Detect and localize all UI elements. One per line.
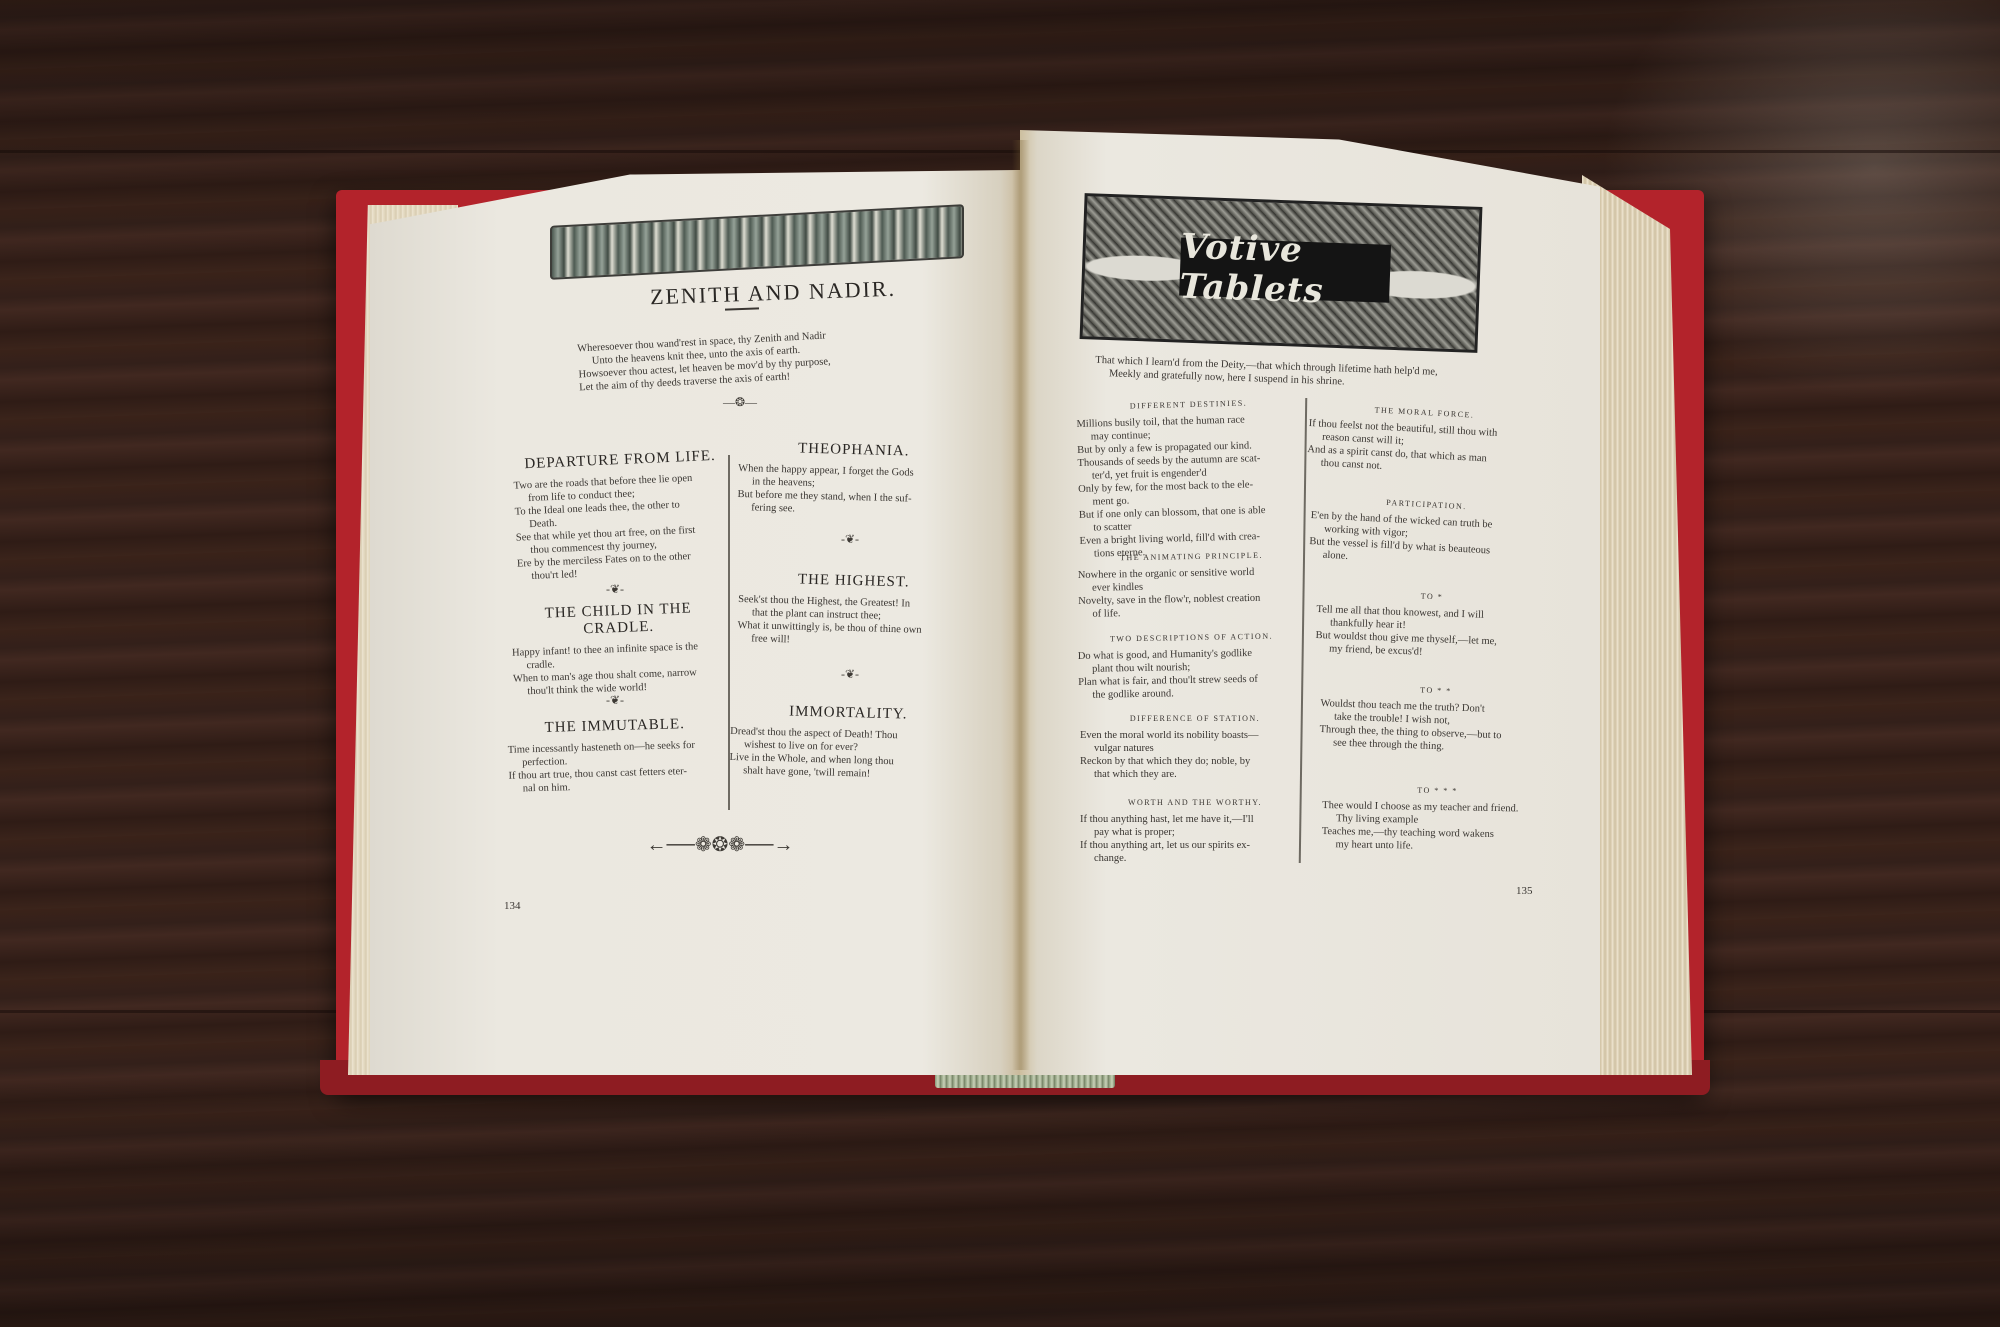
- poem-theophania: THEOPHANIA. When the happy appear, I for…: [737, 439, 969, 520]
- stanza-line: that which they are.: [1080, 768, 1310, 781]
- poem-child-in-cradle: THE CHILD IN THE CRADLE. Happy infant! t…: [510, 599, 728, 698]
- poem-to-three-stars: TO * * * Thee would I choose as my teach…: [1321, 784, 1552, 855]
- poem-worth-and-worthy: WORTH AND THE WORTHY. If thou anything h…: [1080, 798, 1310, 865]
- poem-different-destinies: DIFFERENT DESTINIES. Millions busily toi…: [1076, 397, 1305, 561]
- page-number-left: 134: [504, 900, 521, 912]
- poem-two-descriptions: TWO DESCRIPTIONS OF ACTION. Do what is g…: [1077, 631, 1306, 702]
- page-number-right: 135: [1516, 885, 1533, 897]
- poem-immortality: IMMORTALITY. Dread'st thou the aspect of…: [729, 702, 966, 783]
- poem-heading: WORTH AND THE WORTHY.: [1080, 798, 1310, 807]
- ornament-divider: —❂—: [690, 395, 790, 410]
- poem-moral-force: THE MORAL FORCE. If thou feelst not the …: [1306, 402, 1539, 481]
- stanza-line: vulgar natures: [1080, 742, 1310, 755]
- poem-difference-of-station: DIFFERENCE OF STATION. Even the moral wo…: [1080, 714, 1310, 781]
- banner-title: Votive Tablets: [1179, 237, 1391, 302]
- table-plank-seam: [0, 150, 2000, 153]
- stanza-line: pay what is proper;: [1080, 826, 1310, 839]
- poem-to-one-star: TO * Tell me all that thou knowest, and …: [1315, 588, 1547, 663]
- poem-animating-principle: THE ANIMATING PRINCIPLE. Nowhere in the …: [1077, 550, 1306, 621]
- ornament-divider: -❦-: [825, 667, 875, 682]
- stanza-line: If thou anything art, let us our spirits…: [1080, 839, 1310, 852]
- poem-departure-from-life: DEPARTURE FROM LIFE. Two are the roads t…: [512, 447, 732, 583]
- stanza-line: change.: [1080, 852, 1310, 865]
- poem-heading: DIFFERENCE OF STATION.: [1080, 714, 1310, 723]
- stanza-line: Reckon by that which they do; noble, by: [1080, 755, 1310, 768]
- stanza-line: If thou anything hast, let me have it,—I…: [1080, 813, 1310, 826]
- poem-heading: THE CHILD IN THE CRADLE.: [510, 599, 726, 640]
- stanza-line: Even the moral world its nobility boasts…: [1080, 729, 1310, 742]
- votive-tablets-banner: Votive Tablets: [1080, 193, 1483, 353]
- poem-the-highest: THE HIGHEST. Seek'st thou the Highest, t…: [737, 570, 969, 651]
- poem-to-two-stars: TO * * Wouldst thou teach me the truth? …: [1319, 682, 1551, 757]
- ornament-divider: -❦-: [590, 582, 640, 597]
- ornament-divider: -❦-: [590, 693, 640, 708]
- poem-participation: PARTICIPATION. E'en by the hand of the w…: [1308, 494, 1541, 573]
- poem-immutable: THE IMMUTABLE. Time incessantly hastenet…: [507, 715, 724, 796]
- tailpiece-ornament: ←──❁❂❁──→: [620, 832, 820, 857]
- book-gutter: [1012, 140, 1030, 1070]
- ornament-divider: -❦-: [825, 532, 875, 547]
